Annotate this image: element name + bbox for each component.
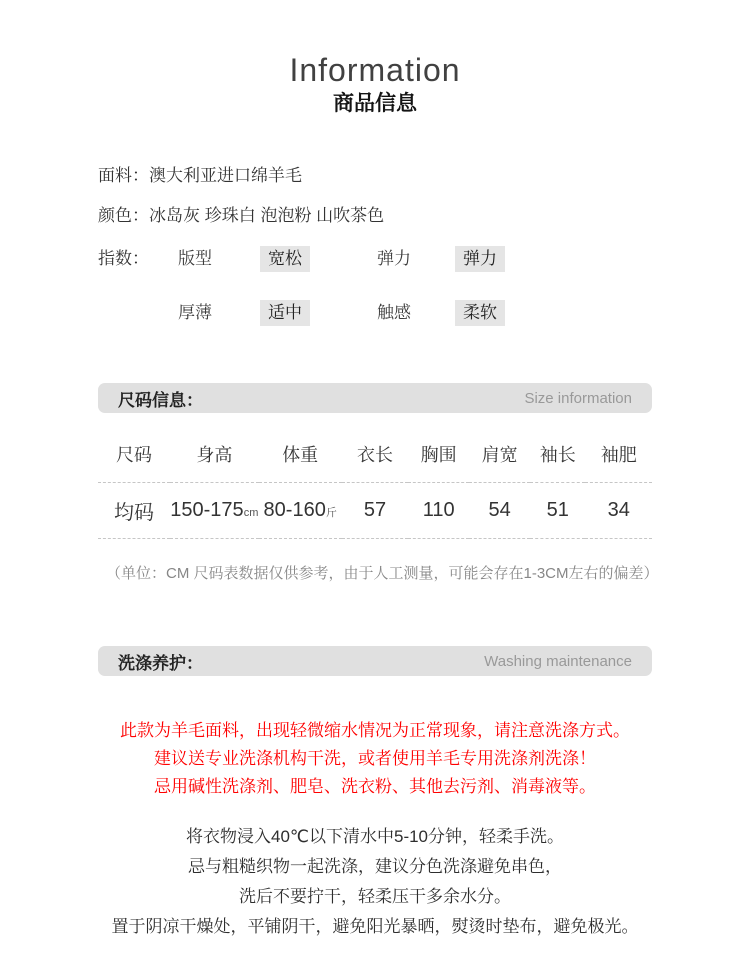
warning-line: 建议送专业洗涤机构干洗，或者使用羊毛专用洗涤剂洗涤！	[98, 745, 652, 773]
index-attr-value-badge: 弹力	[455, 246, 505, 272]
index-attr-name: 版型	[178, 246, 260, 272]
index-section: 指数： 版型 宽松 弹力 弹力 厚薄 适中 触感 柔软	[98, 246, 652, 326]
fabric-row: 面料：澳大利亚进口绵羊毛	[98, 166, 652, 186]
size-table-cell: 均码	[98, 483, 170, 539]
index-label: 指数：	[98, 246, 178, 326]
size-table-header: 袖长	[530, 433, 585, 483]
size-table-cell: 150-175cm	[170, 483, 259, 539]
size-table-header: 胸围	[408, 433, 469, 483]
size-table-data-row: 均码 150-175cm 80-160斤 57 110 54 51 34	[98, 483, 652, 539]
index-attr-name: 触感	[377, 300, 455, 326]
size-section-subtitle: Size information	[524, 390, 632, 407]
index-attr-value-badge: 适中	[260, 300, 310, 326]
washing-section-subtitle: Washing maintenance	[484, 653, 632, 670]
size-table-header: 尺码	[98, 433, 170, 483]
fabric-value: 澳大利亚进口绵羊毛	[149, 166, 302, 185]
size-table-cell: 54	[469, 483, 530, 539]
instruction-line: 置于阴凉干燥处，平铺阴干，避免阳光暴晒，熨烫时垫布，避免极光。	[98, 912, 652, 942]
size-section-bar: 尺码信息： Size information	[98, 383, 652, 413]
size-table: 尺码 身高 体重 衣长 胸围 肩宽 袖长 袖肥 均码 150-175cm 80-…	[98, 433, 652, 539]
page-title-en: Information	[0, 52, 750, 89]
washing-instruction-text: 将衣物浸入40℃以下清水中5-10分钟，轻柔手洗。 忌与粗糙织物一起洗涤，建议分…	[98, 822, 652, 942]
size-table-header-row: 尺码 身高 体重 衣长 胸围 肩宽 袖长 袖肥	[98, 433, 652, 483]
size-table-cell: 51	[530, 483, 585, 539]
index-attr-value-badge: 宽松	[260, 246, 310, 272]
color-label: 颜色：	[98, 206, 149, 225]
washing-section-bar: 洗涤养护： Washing maintenance	[98, 646, 652, 676]
warning-line: 忌用碱性洗涤剂、肥皂、洗衣粉、其他去污剂、消毒液等。	[98, 773, 652, 801]
washing-section-title: 洗涤养护：	[118, 649, 203, 674]
cell-unit: cm	[244, 507, 259, 519]
size-table-cell: 110	[408, 483, 469, 539]
index-attr-name: 厚薄	[178, 300, 260, 326]
size-table-header: 衣长	[342, 433, 408, 483]
instruction-line: 忌与粗糙织物一起洗涤，建议分色洗涤避免串色，	[98, 852, 652, 882]
fabric-label: 面料：	[98, 166, 149, 185]
color-value: 冰岛灰 珍珠白 泡泡粉 山吹茶色	[149, 206, 384, 225]
washing-warning-text: 此款为羊毛面料，出现轻微缩水情况为正常现象，请注意洗涤方式。 建议送专业洗涤机构…	[98, 717, 652, 801]
page-title-zh: 商品信息	[0, 92, 750, 116]
index-attr-value-badge: 柔软	[455, 300, 505, 326]
instruction-line: 洗后不要拧干，轻柔压干多余水分。	[98, 882, 652, 912]
size-table-header: 袖肥	[585, 433, 652, 483]
size-table-header: 体重	[259, 433, 342, 483]
warning-line: 此款为羊毛面料，出现轻微缩水情况为正常现象，请注意洗涤方式。	[98, 717, 652, 745]
size-table-note: （单位：CM 尺码表数据仅供参考，由于人工测量，可能会存在1-3CM左右的偏差）	[98, 565, 652, 583]
size-section-title: 尺码信息：	[118, 386, 203, 411]
size-table-cell: 80-160斤	[259, 483, 342, 539]
size-table-cell: 34	[585, 483, 652, 539]
content-area: 面料：澳大利亚进口绵羊毛 颜色：冰岛灰 珍珠白 泡泡粉 山吹茶色 指数： 版型 …	[98, 166, 652, 942]
instruction-line: 将衣物浸入40℃以下清水中5-10分钟，轻柔手洗。	[98, 822, 652, 852]
product-information-page: Information 商品信息 面料：澳大利亚进口绵羊毛 颜色：冰岛灰 珍珠白…	[0, 0, 750, 970]
page-header: Information 商品信息	[0, 0, 750, 116]
size-table-header: 肩宽	[469, 433, 530, 483]
size-table-cell: 57	[342, 483, 408, 539]
color-row: 颜色：冰岛灰 珍珠白 泡泡粉 山吹茶色	[98, 206, 652, 226]
cell-unit: 斤	[326, 507, 337, 519]
index-grid: 版型 宽松 弹力 弹力 厚薄 适中 触感 柔软	[178, 246, 652, 326]
index-attr-name: 弹力	[377, 246, 455, 272]
size-table-header: 身高	[170, 433, 259, 483]
